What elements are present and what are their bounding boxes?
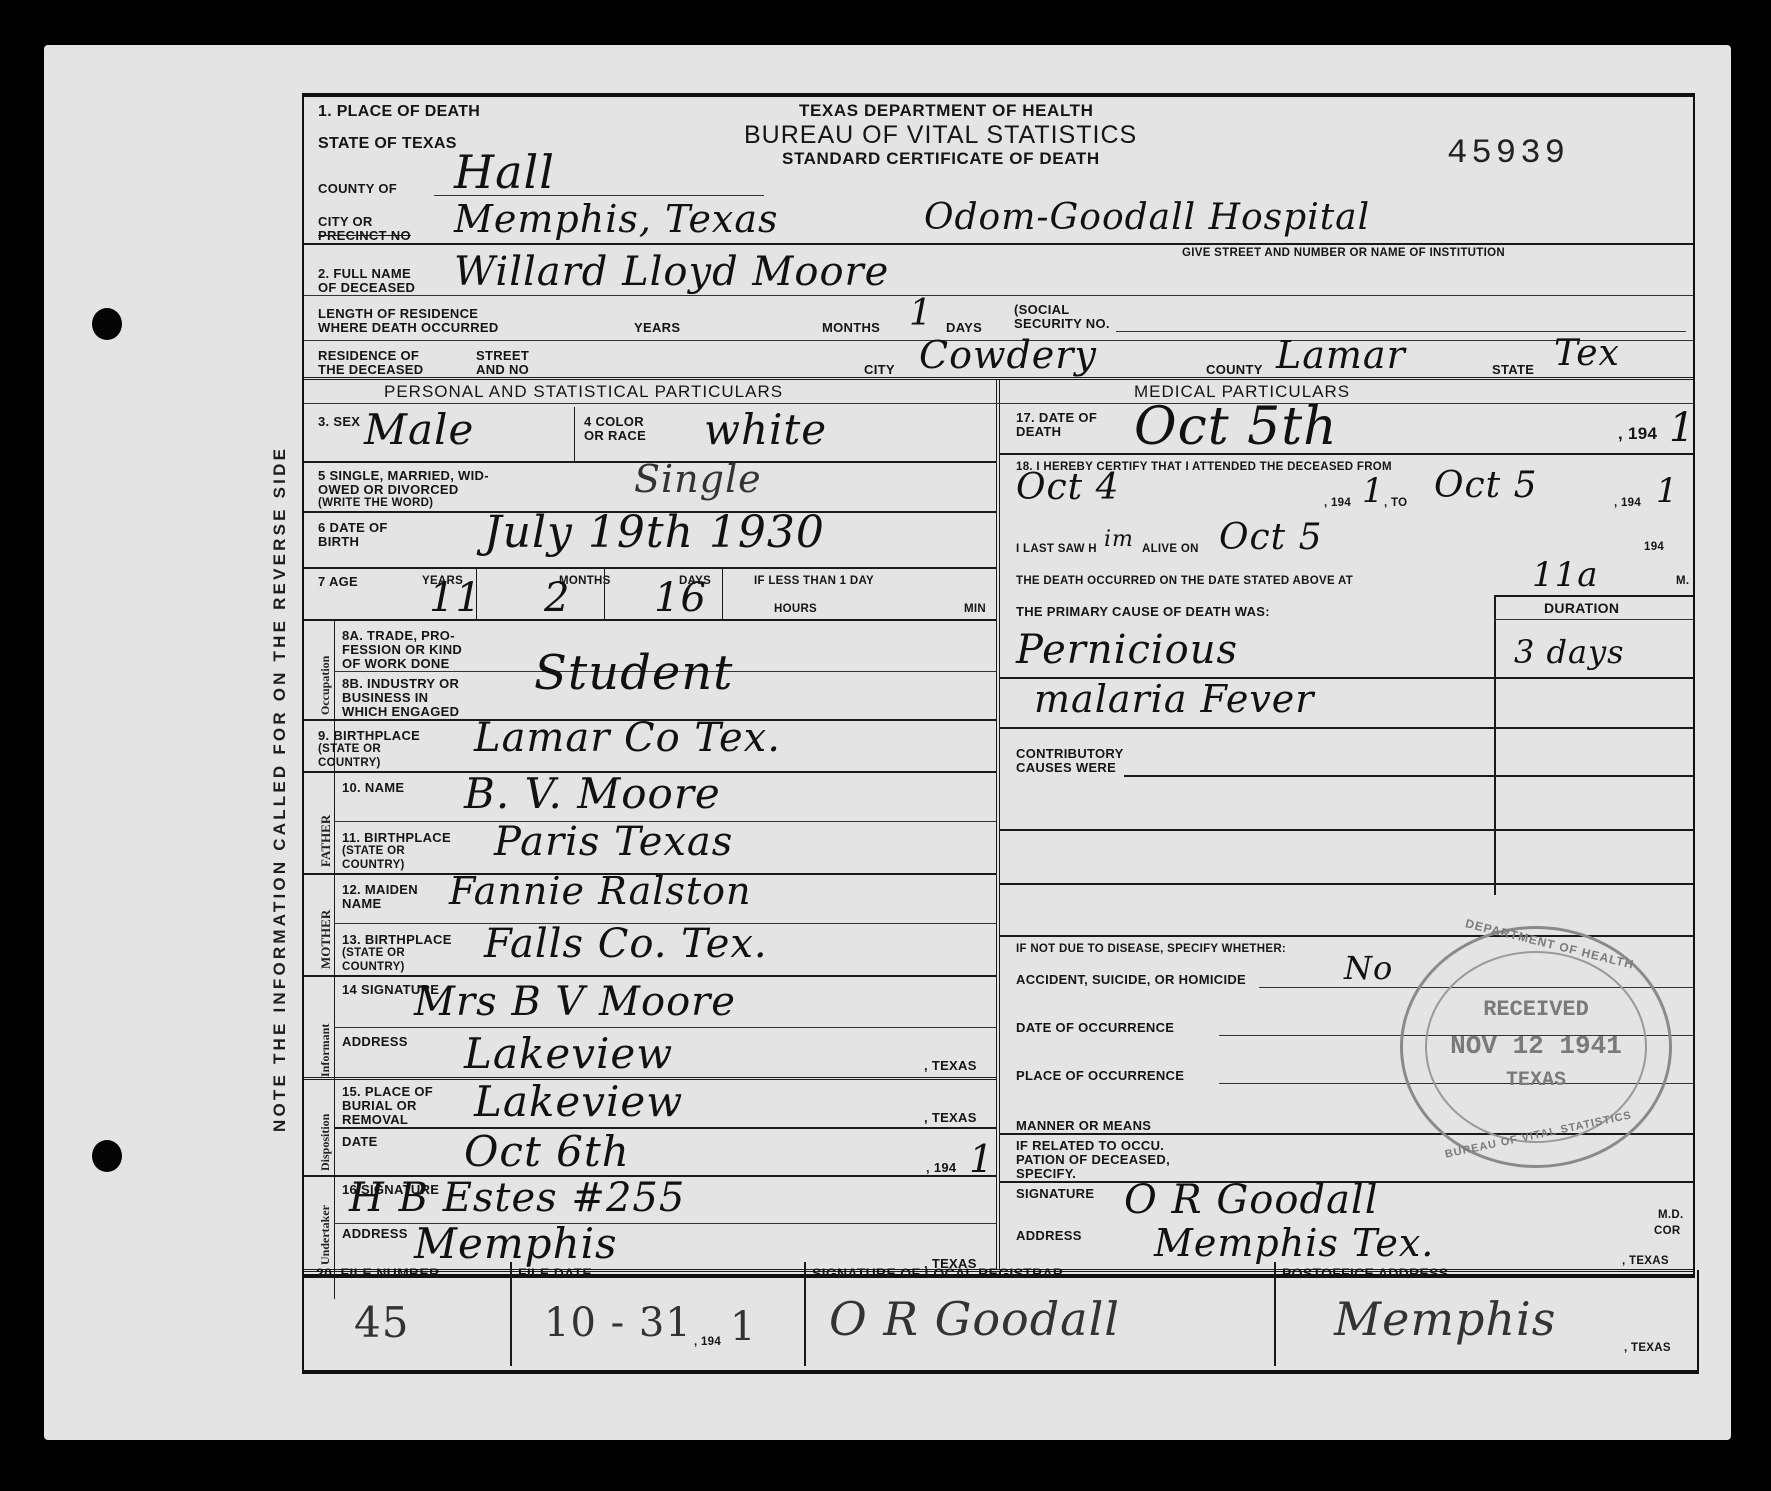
- industry-label-1: 8B. INDUSTRY OR: [342, 677, 459, 690]
- disposition-group-label: Disposition: [318, 1114, 333, 1171]
- ssn-label-2: SECURITY NO.: [1014, 317, 1110, 330]
- informant-addr-label: ADDRESS: [342, 1035, 408, 1048]
- father-group-label: FATHER: [318, 815, 334, 867]
- burial-date-label: DATE: [342, 1135, 378, 1148]
- death-year-value: 1: [1669, 405, 1695, 451]
- street-label-1: STREET: [476, 349, 529, 362]
- registrar-value: O R Goodall: [829, 1292, 1120, 1346]
- row-divider: [304, 975, 996, 977]
- industry-label-2: BUSINESS IN: [342, 691, 428, 704]
- occupation-related-label-1: IF RELATED TO OCCU.: [1016, 1139, 1164, 1152]
- registrar-label: SIGNATURE OF LOCAL REGISTRAR: [812, 1266, 1063, 1280]
- attended-to-value: Oct 5: [1434, 465, 1538, 506]
- manner-label: MANNER OR MEANS: [1016, 1119, 1151, 1132]
- father-name-label: 10. NAME: [342, 781, 404, 794]
- race-value: white: [704, 405, 827, 454]
- primary-cause-line2: malaria Fever: [1034, 677, 1314, 721]
- row-divider: [1000, 883, 1693, 885]
- last-saw-year-label: 194: [1644, 541, 1664, 553]
- row-divider: [304, 567, 996, 569]
- burial-place-value: Lakeview: [474, 1077, 683, 1126]
- father-birthplace-value: Paris Texas: [494, 819, 733, 865]
- occupation-related-label-3: SPECIFY.: [1016, 1167, 1076, 1180]
- row-divider: [334, 1027, 996, 1028]
- row-divider: [1000, 727, 1693, 729]
- residence-state-value: Tex: [1554, 333, 1620, 374]
- physician-address-value: Memphis Tex.: [1154, 1221, 1434, 1265]
- dob-label-1: 6 DATE OF: [318, 521, 388, 534]
- father-name-value: B. V. Moore: [464, 769, 721, 818]
- mother-birthplace-value: Falls Co. Tex.: [484, 921, 768, 967]
- burial-texas-label: , TEXAS: [924, 1111, 977, 1124]
- dob-label-2: BIRTH: [318, 535, 359, 548]
- occupation-group-label: Occupation: [318, 656, 333, 715]
- physician-texas-label: , TEXAS: [1622, 1255, 1669, 1267]
- ssn-underline: [1116, 331, 1686, 332]
- ssn-label-1: (SOCIAL: [1014, 303, 1070, 316]
- accident-label: ACCIDENT, SUICIDE, OR HOMICIDE: [1016, 973, 1246, 986]
- full-name-label-1: 2. FULL NAME: [318, 267, 411, 280]
- postoffice-label: POSTOFFICE ADDRESS: [1282, 1266, 1448, 1280]
- mother-maiden-value: Fannie Ralston: [449, 869, 752, 913]
- duration-top-line: [1494, 595, 1693, 597]
- death-date-value: Oct 5th: [1134, 397, 1338, 457]
- occurrence-date-label: DATE OF OCCURRENCE: [1016, 1021, 1174, 1034]
- street-label-2: AND NO: [476, 363, 529, 376]
- file-year-value: 1: [730, 1304, 756, 1350]
- race-label-1: 4 COLOR: [584, 415, 644, 428]
- certificate-type-title: STANDARD CERTIFICATE OF DEATH: [782, 149, 1100, 169]
- row-divider: [304, 403, 1693, 404]
- row-divider: [304, 243, 1693, 245]
- md-label: M.D.: [1658, 1209, 1683, 1221]
- age-days-value: 16: [654, 575, 707, 621]
- institution-label: GIVE STREET AND NUMBER OR NAME OF INSTIT…: [1182, 247, 1505, 259]
- physician-address-label: ADDRESS: [1016, 1229, 1082, 1242]
- city-label-1: CITY OR: [318, 215, 373, 228]
- duration-header-line: [1494, 619, 1693, 620]
- birthplace-label-3: COUNTRY): [318, 757, 381, 769]
- trade-label-2: FESSION OR KIND: [342, 643, 462, 656]
- cell-divider: [804, 1262, 806, 1366]
- cell-divider: [574, 407, 575, 461]
- row-divider: [304, 619, 996, 621]
- file-year-label: , 194: [694, 1336, 721, 1348]
- punch-hole-top: [92, 308, 122, 340]
- informant-addr-value: Lakeview: [464, 1029, 673, 1078]
- last-saw-value: Oct 5: [1219, 517, 1323, 558]
- physician-signature-label: SIGNATURE: [1016, 1187, 1094, 1200]
- full-name-label-2: OF DECEASED: [318, 281, 415, 294]
- residence-length-label-2: WHERE DEATH OCCURRED: [318, 321, 499, 334]
- file-number-label: 20. FILE NUMBER: [316, 1266, 440, 1280]
- filing-row: 20. FILE NUMBER 45 FILE DATE 10 - 31 , 1…: [302, 1270, 1699, 1374]
- occurrence-place-label: PLACE OF OCCURRENCE: [1016, 1069, 1184, 1082]
- group-divider: [334, 619, 335, 1299]
- to-label: , TO: [1384, 497, 1407, 509]
- institution-value: Odom-Goodall Hospital: [924, 197, 1370, 238]
- mother-birthplace-label-3: COUNTRY): [342, 961, 405, 973]
- mother-birthplace-label-2: (STATE OR: [342, 947, 405, 959]
- cell-divider: [604, 569, 605, 619]
- received-stamp: DEPARTMENT OF HEALTH RECEIVED NOV 12 194…: [1400, 926, 1672, 1168]
- state-of-texas-label: STATE OF TEXAS: [318, 137, 457, 151]
- stamp-date: NOV 12 1941: [1403, 1031, 1669, 1061]
- deceased-name-value: Willard Lloyd Moore: [454, 249, 889, 295]
- age-years-value: 11: [429, 575, 482, 621]
- years-label: YEARS: [634, 321, 680, 334]
- reverse-side-note: NOTE THE INFORMATION CALLED FOR ON THE R…: [270, 446, 290, 1132]
- death-time-suffix: M.: [1676, 575, 1689, 587]
- attended-from-year-label: , 194: [1324, 497, 1351, 509]
- death-time-value: 11a: [1532, 555, 1599, 595]
- residence-city-label: CITY: [864, 363, 895, 376]
- column-divider: [996, 379, 1000, 1269]
- dob-value: July 19th 1930: [484, 507, 825, 558]
- primary-cause-label: THE PRIMARY CAUSE OF DEATH WAS:: [1016, 605, 1270, 618]
- duration-label: DURATION: [1544, 601, 1619, 615]
- burial-label-3: REMOVAL: [342, 1113, 408, 1126]
- file-date-label: FILE DATE: [518, 1266, 592, 1280]
- birthplace-label-2: (STATE OR: [318, 743, 381, 755]
- father-birthplace-label-2: (STATE OR: [342, 845, 405, 857]
- city-value: Memphis, Texas: [454, 197, 779, 241]
- occupation-related-label-2: PATION OF DECEASED,: [1016, 1153, 1170, 1166]
- row-divider: [334, 1127, 996, 1129]
- age-label: 7 AGE: [318, 575, 358, 588]
- residence-label-2: THE DECEASED: [318, 363, 423, 376]
- informant-texas-label: , TEXAS: [924, 1059, 977, 1072]
- physician-signature-value: O R Goodall: [1124, 1177, 1379, 1223]
- county-label: COUNTY OF: [318, 182, 397, 195]
- residence-length-label-1: LENGTH OF RESIDENCE: [318, 307, 478, 320]
- birthplace-label-1: 9. BIRTHPLACE: [318, 729, 420, 742]
- cell-divider: [722, 569, 723, 619]
- attended-to-year-label: , 194: [1614, 497, 1641, 509]
- residence-state-label: STATE: [1492, 363, 1534, 376]
- death-time-label: THE DEATH OCCURRED ON THE DATE STATED AB…: [1016, 575, 1353, 587]
- last-saw-him-value: im: [1104, 527, 1134, 552]
- residence-county-value: Lamar: [1276, 333, 1406, 377]
- marital-label-1: 5 SINGLE, MARRIED, WID-: [318, 469, 489, 482]
- father-birthplace-label-1: 11. BIRTHPLACE: [342, 831, 451, 844]
- residence-days-value: 1: [909, 293, 933, 334]
- sex-label: 3. SEX: [318, 415, 360, 428]
- postoffice-texas-label: , TEXAS: [1624, 1342, 1671, 1354]
- not-disease-label: IF NOT DUE TO DISEASE, SPECIFY WHETHER:: [1016, 943, 1286, 955]
- city-label-2: PRECINCT NO: [318, 229, 411, 242]
- min-label: MIN: [964, 603, 986, 615]
- months-label: MONTHS: [822, 321, 880, 334]
- department-title: TEXAS DEPARTMENT OF HEALTH: [799, 101, 1094, 121]
- burial-label-1: 15. PLACE OF: [342, 1085, 433, 1098]
- postoffice-value: Memphis: [1334, 1292, 1556, 1346]
- primary-cause-line1: Pernicious: [1016, 627, 1238, 673]
- accident-value: No: [1344, 949, 1393, 987]
- burial-date-value: Oct 6th: [464, 1127, 630, 1176]
- contributory-underline: [1124, 775, 1693, 777]
- last-saw-label-1: I LAST SAW H: [1016, 543, 1097, 555]
- place-of-death-label: 1. PLACE OF DEATH: [318, 105, 480, 119]
- informant-group-label: Informant: [318, 1024, 333, 1077]
- father-birthplace-label-3: COUNTRY): [342, 859, 405, 871]
- mother-birthplace-label-1: 13. BIRTHPLACE: [342, 933, 452, 946]
- death-date-label-2: DEATH: [1016, 425, 1061, 438]
- cell-divider: [1274, 1262, 1276, 1366]
- undertaker-addr-label: ADDRESS: [342, 1227, 408, 1240]
- row-divider: [1000, 829, 1693, 831]
- cor-label: COR: [1654, 1225, 1680, 1237]
- undertaker-addr-value: Memphis: [414, 1219, 618, 1268]
- age-months-value: 2: [544, 575, 570, 621]
- mother-group-label: MOTHER: [318, 910, 334, 969]
- punch-hole-bottom: [92, 1140, 122, 1172]
- industry-label-3: WHICH ENGAGED: [342, 705, 459, 718]
- attended-from-year: 1: [1362, 471, 1385, 511]
- stamp-texas: TEXAS: [1403, 1069, 1669, 1092]
- last-saw-label-2: ALIVE ON: [1142, 543, 1199, 555]
- cell-divider: [510, 1262, 512, 1366]
- less-than-day-label: IF LESS THAN 1 DAY: [754, 575, 874, 587]
- row-divider: [1000, 453, 1693, 455]
- county-value: Hall: [454, 145, 555, 199]
- marital-value: Single: [634, 457, 762, 501]
- occupation-value: Student: [534, 645, 733, 701]
- hours-label: HOURS: [774, 603, 817, 615]
- residence-city-value: Cowdery: [919, 333, 1097, 377]
- mother-maiden-label-1: 12. MAIDEN: [342, 883, 418, 896]
- marital-label-2: OWED OR DIVORCED: [318, 483, 459, 496]
- contributory-label-2: CAUSES WERE: [1016, 761, 1116, 774]
- informant-sig-value: Mrs B V Moore: [414, 979, 736, 1025]
- duration-value: 3 days: [1514, 633, 1625, 671]
- attended-to-year: 1: [1656, 471, 1679, 511]
- burial-year-label: , 194: [926, 1161, 956, 1174]
- personal-section-title: PERSONAL AND STATISTICAL PARTICULARS: [384, 385, 783, 399]
- trade-label-3: OF WORK DONE: [342, 657, 450, 670]
- row-divider: [304, 295, 1693, 296]
- residence-label-1: RESIDENCE OF: [318, 349, 419, 362]
- duration-divider: [1494, 595, 1496, 895]
- certificate-number: 45939: [1447, 135, 1569, 173]
- death-date-label-1: 17. DATE OF: [1016, 411, 1097, 424]
- trade-label-1: 8A. TRADE, PRO-: [342, 629, 455, 642]
- undertaker-group-label: Undertaker: [318, 1205, 333, 1265]
- bureau-title: BUREAU OF VITAL STATISTICS: [744, 121, 1137, 150]
- file-date-value: 10 - 31: [544, 1300, 692, 1346]
- death-year-label: , 194: [1618, 427, 1657, 441]
- race-label-2: OR RACE: [584, 429, 646, 442]
- marital-label-3: (WRITE THE WORD): [318, 497, 433, 509]
- mother-maiden-label-2: NAME: [342, 897, 381, 910]
- residence-county-label: COUNTY: [1206, 363, 1263, 376]
- contributory-label-1: CONTRIBUTORY: [1016, 747, 1124, 760]
- stamp-received: RECEIVED: [1403, 997, 1669, 1022]
- sex-value: Male: [364, 405, 474, 454]
- file-number-value: 45: [354, 1298, 409, 1347]
- burial-label-2: BURIAL OR: [342, 1099, 417, 1112]
- attended-from-value: Oct 4: [1016, 467, 1120, 508]
- undertaker-sig-value: H B Estes #255: [349, 1175, 685, 1221]
- birthplace-value: Lamar Co Tex.: [474, 715, 781, 761]
